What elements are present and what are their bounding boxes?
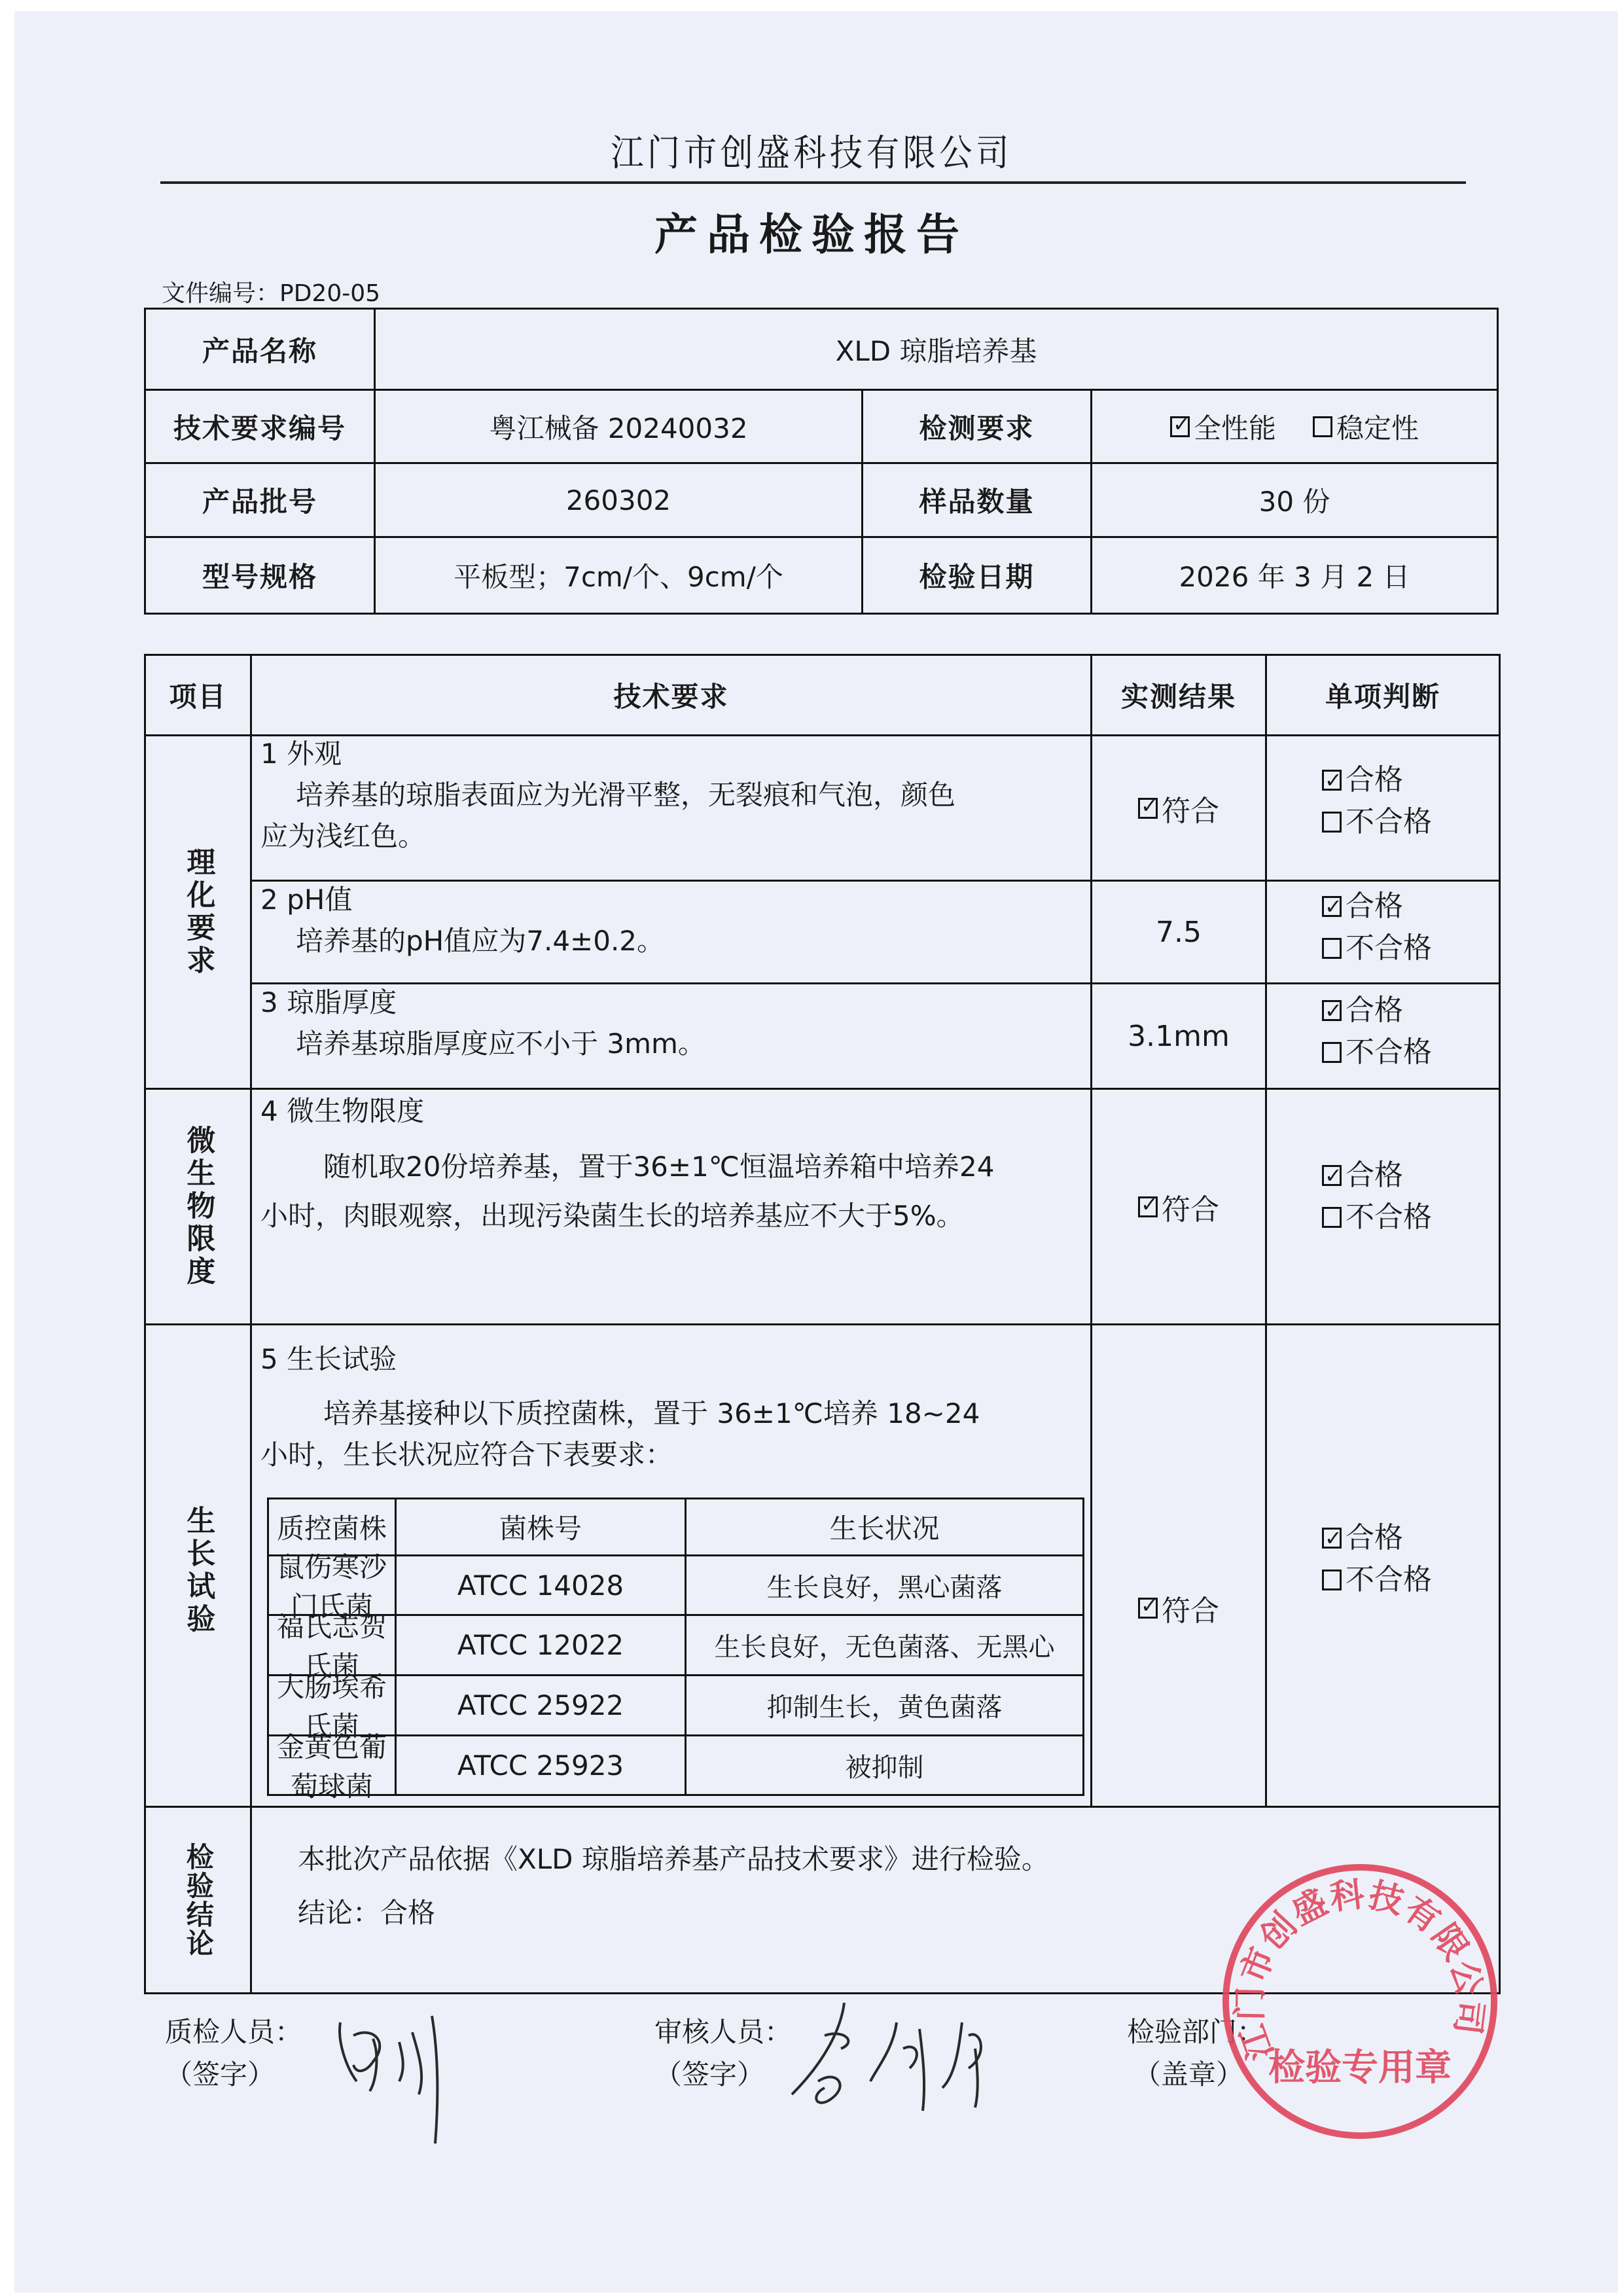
checkbox-unchecked-icon[interactable]: [1322, 812, 1342, 833]
judgment-fail[interactable]: 不合格: [1322, 1196, 1432, 1238]
checkbox-unchecked-icon[interactable]: [1322, 1042, 1342, 1063]
conclusion-content: 本批次产品依据《XLD 琼脂培养基产品技术要求》进行检验。 结论：合格: [298, 1833, 1214, 1940]
strain-growth: 被抑制: [687, 1736, 1082, 1794]
sample-qty-value: 30 份: [1092, 464, 1497, 536]
checkbox-checked-icon[interactable]: [1322, 770, 1342, 791]
company-name: 江门市创盛科技有限公司: [81, 124, 1542, 177]
reviewer-signature-scrawl-icon: [779, 1996, 1034, 2114]
model-value: 平板型；7cm/个、9cm/个: [376, 538, 861, 613]
strain-name: 大肠埃希氏菌: [269, 1676, 395, 1734]
checkbox-checked-icon[interactable]: [1138, 1598, 1158, 1619]
test-req-option-full[interactable]: 全性能: [1170, 407, 1276, 446]
group-label-physicochemical: 理化要求: [146, 736, 250, 1088]
product-name-label: 产品名称: [146, 310, 374, 389]
strain-header-growth: 生长状况: [687, 1499, 1082, 1554]
strain-name: 福氏志贺氏菌: [269, 1616, 395, 1674]
strain-growth: 抑制生长，黄色菌落: [687, 1676, 1082, 1734]
test-req-option-stability[interactable]: 稳定性: [1313, 407, 1419, 446]
checkbox-checked-icon[interactable]: [1138, 1196, 1158, 1217]
inspector-signature-scrawl-icon: [327, 2003, 497, 2147]
judgment-thickness: 合格 不合格: [1322, 990, 1432, 1073]
batch-label: 产品批号: [146, 464, 374, 536]
judgment-pass[interactable]: 合格: [1322, 1517, 1403, 1559]
header-rule: [160, 181, 1466, 184]
strain-id: ATCC 12022: [397, 1616, 685, 1674]
strain-id: ATCC 14028: [397, 1556, 685, 1614]
judgment-fail[interactable]: 不合格: [1322, 1559, 1432, 1601]
requirement-thickness: 3 琼脂厚度 培养基琼脂厚度应不小于 3mm。: [260, 982, 1085, 1064]
test-date-value: 2026 年 3 月 2 日: [1092, 538, 1497, 613]
judgment-pass[interactable]: 合格: [1322, 759, 1403, 801]
header-item: 项目: [146, 656, 250, 734]
requirement-microbial: 4 微生物限度 随机取20份培养基，置于36±1℃恒温培养箱中培养24 小时，肉…: [260, 1090, 1086, 1237]
header-measured: 实测结果: [1092, 656, 1265, 734]
group-label-growth: 生长试验: [146, 1479, 250, 1662]
judgment-growth: 合格 不合格: [1322, 1517, 1432, 1601]
reviewer-signature: 审核人员： （签字）: [654, 2011, 792, 2096]
judgment-fail[interactable]: 不合格: [1322, 927, 1432, 969]
result-ph: 7.5: [1092, 882, 1265, 982]
strain-name: 金黄色葡萄球菌: [269, 1736, 395, 1794]
result-growth: 符合: [1092, 1325, 1265, 1806]
report-title: 产品检验报告: [0, 200, 1623, 262]
judgment-pass[interactable]: 合格: [1322, 990, 1403, 1031]
company-seal-stamp: 江门市创盛科技有限公司 检验专用章: [1216, 1857, 1504, 2145]
checkbox-unchecked-icon[interactable]: [1322, 1570, 1342, 1590]
test-req-options: 全性能 稳定性: [1092, 391, 1497, 462]
model-label: 型号规格: [146, 538, 374, 613]
judgment-ph: 合格 不合格: [1322, 886, 1432, 969]
checkbox-checked-icon[interactable]: [1322, 896, 1342, 917]
conclusion-verdict: 结论：合格: [298, 1886, 1214, 1940]
requirement-ph: 2 pH值 培养基的pH值应为7.4±0.2。: [260, 879, 1085, 961]
test-req-label: 检测要求: [863, 391, 1090, 462]
header-tech-req: 技术要求: [252, 656, 1090, 734]
result-appearance: 符合: [1092, 736, 1265, 880]
checkbox-checked-icon[interactable]: [1138, 798, 1158, 819]
test-date-label: 检验日期: [863, 538, 1090, 613]
tech-req-no-value: 粤江械备 20240032: [376, 391, 861, 462]
product-name-value: XLD 琼脂培养基: [376, 310, 1497, 389]
checkbox-checked-icon[interactable]: [1322, 1000, 1342, 1021]
requirement-title: 1 外观: [260, 733, 1085, 774]
checkbox-checked-icon[interactable]: [1322, 1165, 1342, 1186]
checkbox-unchecked-icon[interactable]: [1322, 938, 1342, 959]
strain-growth: 生长良好，无色菌落、无黑心: [687, 1616, 1082, 1674]
sample-qty-label: 样品数量: [863, 464, 1090, 536]
strain-id: ATCC 25922: [397, 1676, 685, 1734]
judgment-fail[interactable]: 不合格: [1322, 801, 1432, 843]
judgment-fail[interactable]: 不合格: [1322, 1031, 1432, 1073]
checkbox-unchecked-icon[interactable]: [1313, 416, 1332, 437]
inspector-signature: 质检人员： （签字）: [165, 2011, 302, 2096]
checkbox-checked-icon[interactable]: [1170, 416, 1190, 437]
result-microbial: 符合: [1092, 1090, 1265, 1323]
strain-header-id: 菌株号: [397, 1499, 685, 1554]
judgment-appearance: 合格 不合格: [1322, 759, 1432, 843]
judgment-pass[interactable]: 合格: [1322, 1155, 1403, 1196]
svg-text:检验专用章: 检验专用章: [1268, 2047, 1452, 2089]
conclusion-label: 检验结论: [146, 1808, 250, 1992]
conclusion-text: 本批次产品依据《XLD 琼脂培养基产品技术要求》进行检验。: [298, 1833, 1214, 1886]
group-label-microbial: 微生物限度: [146, 1090, 250, 1323]
result-thickness: 3.1mm: [1092, 984, 1265, 1088]
batch-value: 260302: [376, 464, 861, 536]
judgment-microbial: 合格 不合格: [1322, 1155, 1432, 1238]
tech-req-no-label: 技术要求编号: [146, 391, 374, 462]
requirement-appearance: 1 外观 培养基的琼脂表面应为光滑平整，无裂痕和气泡，颜色 应为浅红色。: [260, 733, 1085, 857]
checkbox-unchecked-icon[interactable]: [1322, 1207, 1342, 1228]
header-judgment: 单项判断: [1267, 656, 1499, 734]
document-number: 文件编号：PD20-05: [162, 275, 380, 308]
judgment-pass[interactable]: 合格: [1322, 886, 1403, 927]
requirement-growth: 5 生长试验 培养基接种以下质控菌株，置于 36±1℃培养 18~24 小时，生…: [260, 1338, 1086, 1475]
checkbox-checked-icon[interactable]: [1322, 1528, 1342, 1549]
strain-id: ATCC 25923: [397, 1736, 685, 1794]
strain-growth: 生长良好，黑心菌落: [687, 1556, 1082, 1614]
